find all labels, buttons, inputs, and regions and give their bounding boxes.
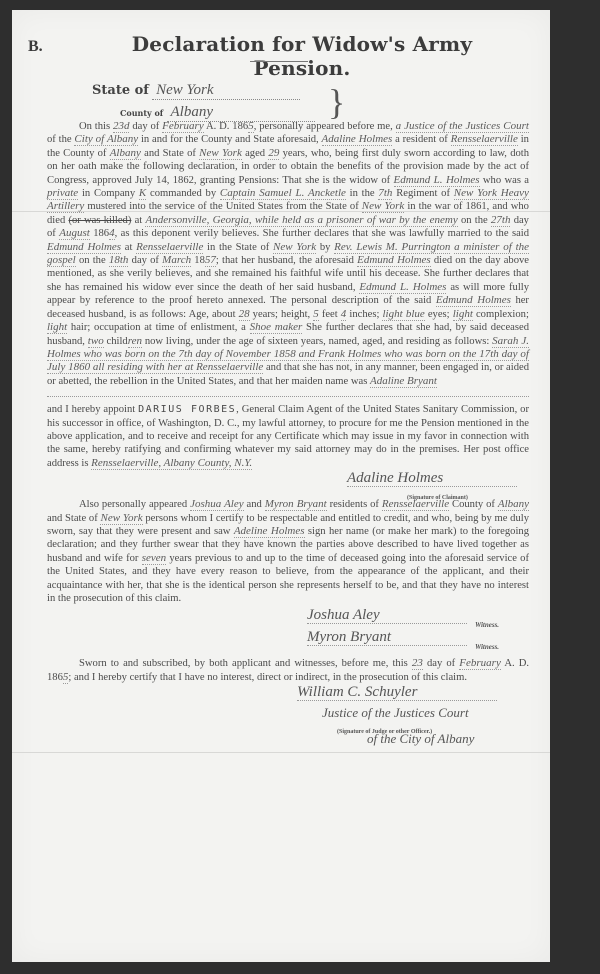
text: on the [79,255,106,266]
jurat-month-field: February [459,657,501,670]
text: eyes; [428,309,450,320]
text: , as this deponent verily believes. [115,228,260,239]
text: complexion; [476,309,529,320]
commander-field: Captain Samuel L. Ancketle [220,187,346,200]
occupation-field: Shoe maker [250,321,303,334]
witness-label: Witness. [475,619,499,632]
death-place-field: Andersonville, Georgia, while held as a … [145,214,457,227]
claimant-signature-block: Adaline Holmes (Signature of Claimant) [47,470,529,498]
text: and State of [47,513,98,524]
dotted-separator [47,396,529,397]
agent-name: DARIUS FORBES [138,404,236,415]
marriage-place-field: Rensselaerville [136,241,203,254]
pension-document-page: B. Declaration for Widow's Army Pension.… [12,10,550,962]
text: and [247,499,262,510]
text: 18 [194,255,205,266]
children-count-field: two [88,335,104,348]
complexion-field: light [453,308,473,321]
residence-county-field: Albany [110,147,141,160]
text: years; height, [253,309,311,320]
description-age-field: 28 [239,308,250,321]
form-letter: B. [28,38,43,56]
eyes-field: light blue [382,308,424,321]
text: ; that her husband, the aforesaid [216,255,354,266]
county-label: County of [120,108,163,118]
text: on the [461,215,488,226]
claimant-signature-caption: (Signature of Claimant) [407,492,468,505]
declaration-body: On this 23d day of February A. D. 1865, … [47,120,529,754]
children-suffix-field: ren [128,335,142,348]
husband-field: Edmund Holmes [436,294,511,307]
husband-field: Edmund Holmes [47,241,121,254]
officiant-field: Rev. Lewis M. Purrington [334,241,450,254]
text: in and for the County and State aforesai… [141,134,319,145]
claimant-field: Adaline Holmes [322,133,393,146]
witness1-field: Joshua Aley [190,498,244,511]
state-label: State of [92,83,149,98]
attorney-paragraph: and I hereby appoint DARIUS FORBES, Gene… [47,403,529,470]
state-value: New York [152,82,300,100]
witness-label: Witness. [475,641,499,654]
text: and State of [144,148,196,159]
officer-field: a Justice of the Justices Court [396,120,529,133]
text: child [107,336,128,347]
witness-signatures: Joshua Aley Witness. Myron Bryant Witnes… [47,605,529,657]
height-inches-field: 4 [341,308,347,321]
text: now living, under the age of sixteen yea… [145,336,489,347]
text: She further declares that she was lawful… [263,228,529,239]
text: On this [79,121,110,132]
post-office-field: Rensselaerville, Albany County, N.Y. [91,457,252,470]
hair-field: light [47,321,67,334]
witness1-signature: Joshua Aley [307,609,467,623]
text: residents of [330,499,379,510]
text: who was a [483,175,529,186]
saw-signing-field: Adeline Holmes [234,525,305,538]
day-field: 23d [113,120,130,133]
regiment-number-field: 7th [378,187,392,200]
death-month-field: August [59,227,90,240]
text: Sworn to and subscribed, by both applica… [79,658,408,669]
age-field: 29 [268,147,279,160]
text: , personally appeared before me, [254,121,393,132]
claimant-signature: Adaline Holmes [347,472,517,486]
husband-field: Edmund Holmes [357,254,431,267]
jurat-paragraph: Sworn to and subscribed, by both applica… [47,657,529,684]
text: at [125,242,133,253]
text: in Company [82,188,135,199]
marriage-year-field: 57 [205,254,216,267]
text: day of [132,255,159,266]
text: inches; [349,309,379,320]
residence-state-field: New York [199,147,242,160]
city-field: City of Albany [74,133,138,146]
text: feet [322,309,338,320]
struck-text: (or was killed) [68,215,131,226]
text: A. D. 186 [206,121,248,132]
text: mustered into the service of the United … [87,201,358,212]
brace: } [328,82,345,122]
text: ; and I hereby certify that I have no in… [68,672,467,683]
muster-state-field: New York [362,200,405,213]
text: in the [350,188,375,199]
rank-field: private [47,187,78,200]
husband-field: Edmund L. Holmes [359,281,446,294]
marriage-day-field: 18th [109,254,129,267]
witness-county-field: Albany [498,498,529,511]
residence-field: Rensselaerville [451,133,518,146]
text: in the State of [207,242,269,253]
witness-state-field: New York [100,512,142,525]
text: Regiment of [396,188,450,199]
text: aged [245,148,265,159]
text: commanded by [150,188,216,199]
document-title: Declaration for Widow's Army Pension. [112,32,492,80]
height-feet-field: 5 [313,308,319,321]
text: day of [132,121,159,132]
maiden-name-field: Adaline Bryant [370,375,437,388]
witness-paragraph: Also personally appeared Joshua Aley and… [47,498,529,605]
death-day-field: 27th [491,214,511,227]
witness2-signature: Myron Bryant [307,631,467,645]
text: by [320,242,331,253]
officer-title-2: of the City of Albany [367,732,474,745]
officer-title: Justice of the Justices Court [322,706,469,719]
text: 186 [93,228,109,239]
jurat-day-field: 23 [412,657,423,670]
husband-field: Edmund L. Holmes [394,174,480,187]
witness2-field: Myron Bryant [265,498,327,511]
title-ornament [250,61,308,62]
text: hair; occupation at time of enlistment, … [71,322,246,333]
years-together-field: seven [142,552,166,565]
officer-signature: William C. Schuyler [297,686,497,700]
declaration-paragraph: On this 23d day of February A. D. 1865, … [47,120,529,388]
company-field: K [139,187,146,200]
month-field: February [162,120,204,133]
marriage-state-field: New York [273,241,316,254]
text: and I hereby appoint [47,404,135,415]
text: day of [427,658,455,669]
text: at [135,215,143,226]
text: a resident of [395,134,448,145]
officer-signature-block: William C. Schuyler Justice of the Justi… [47,684,529,754]
text: Also personally appeared [79,499,187,510]
text: of the [47,134,72,145]
marriage-month-field: March [162,254,191,267]
